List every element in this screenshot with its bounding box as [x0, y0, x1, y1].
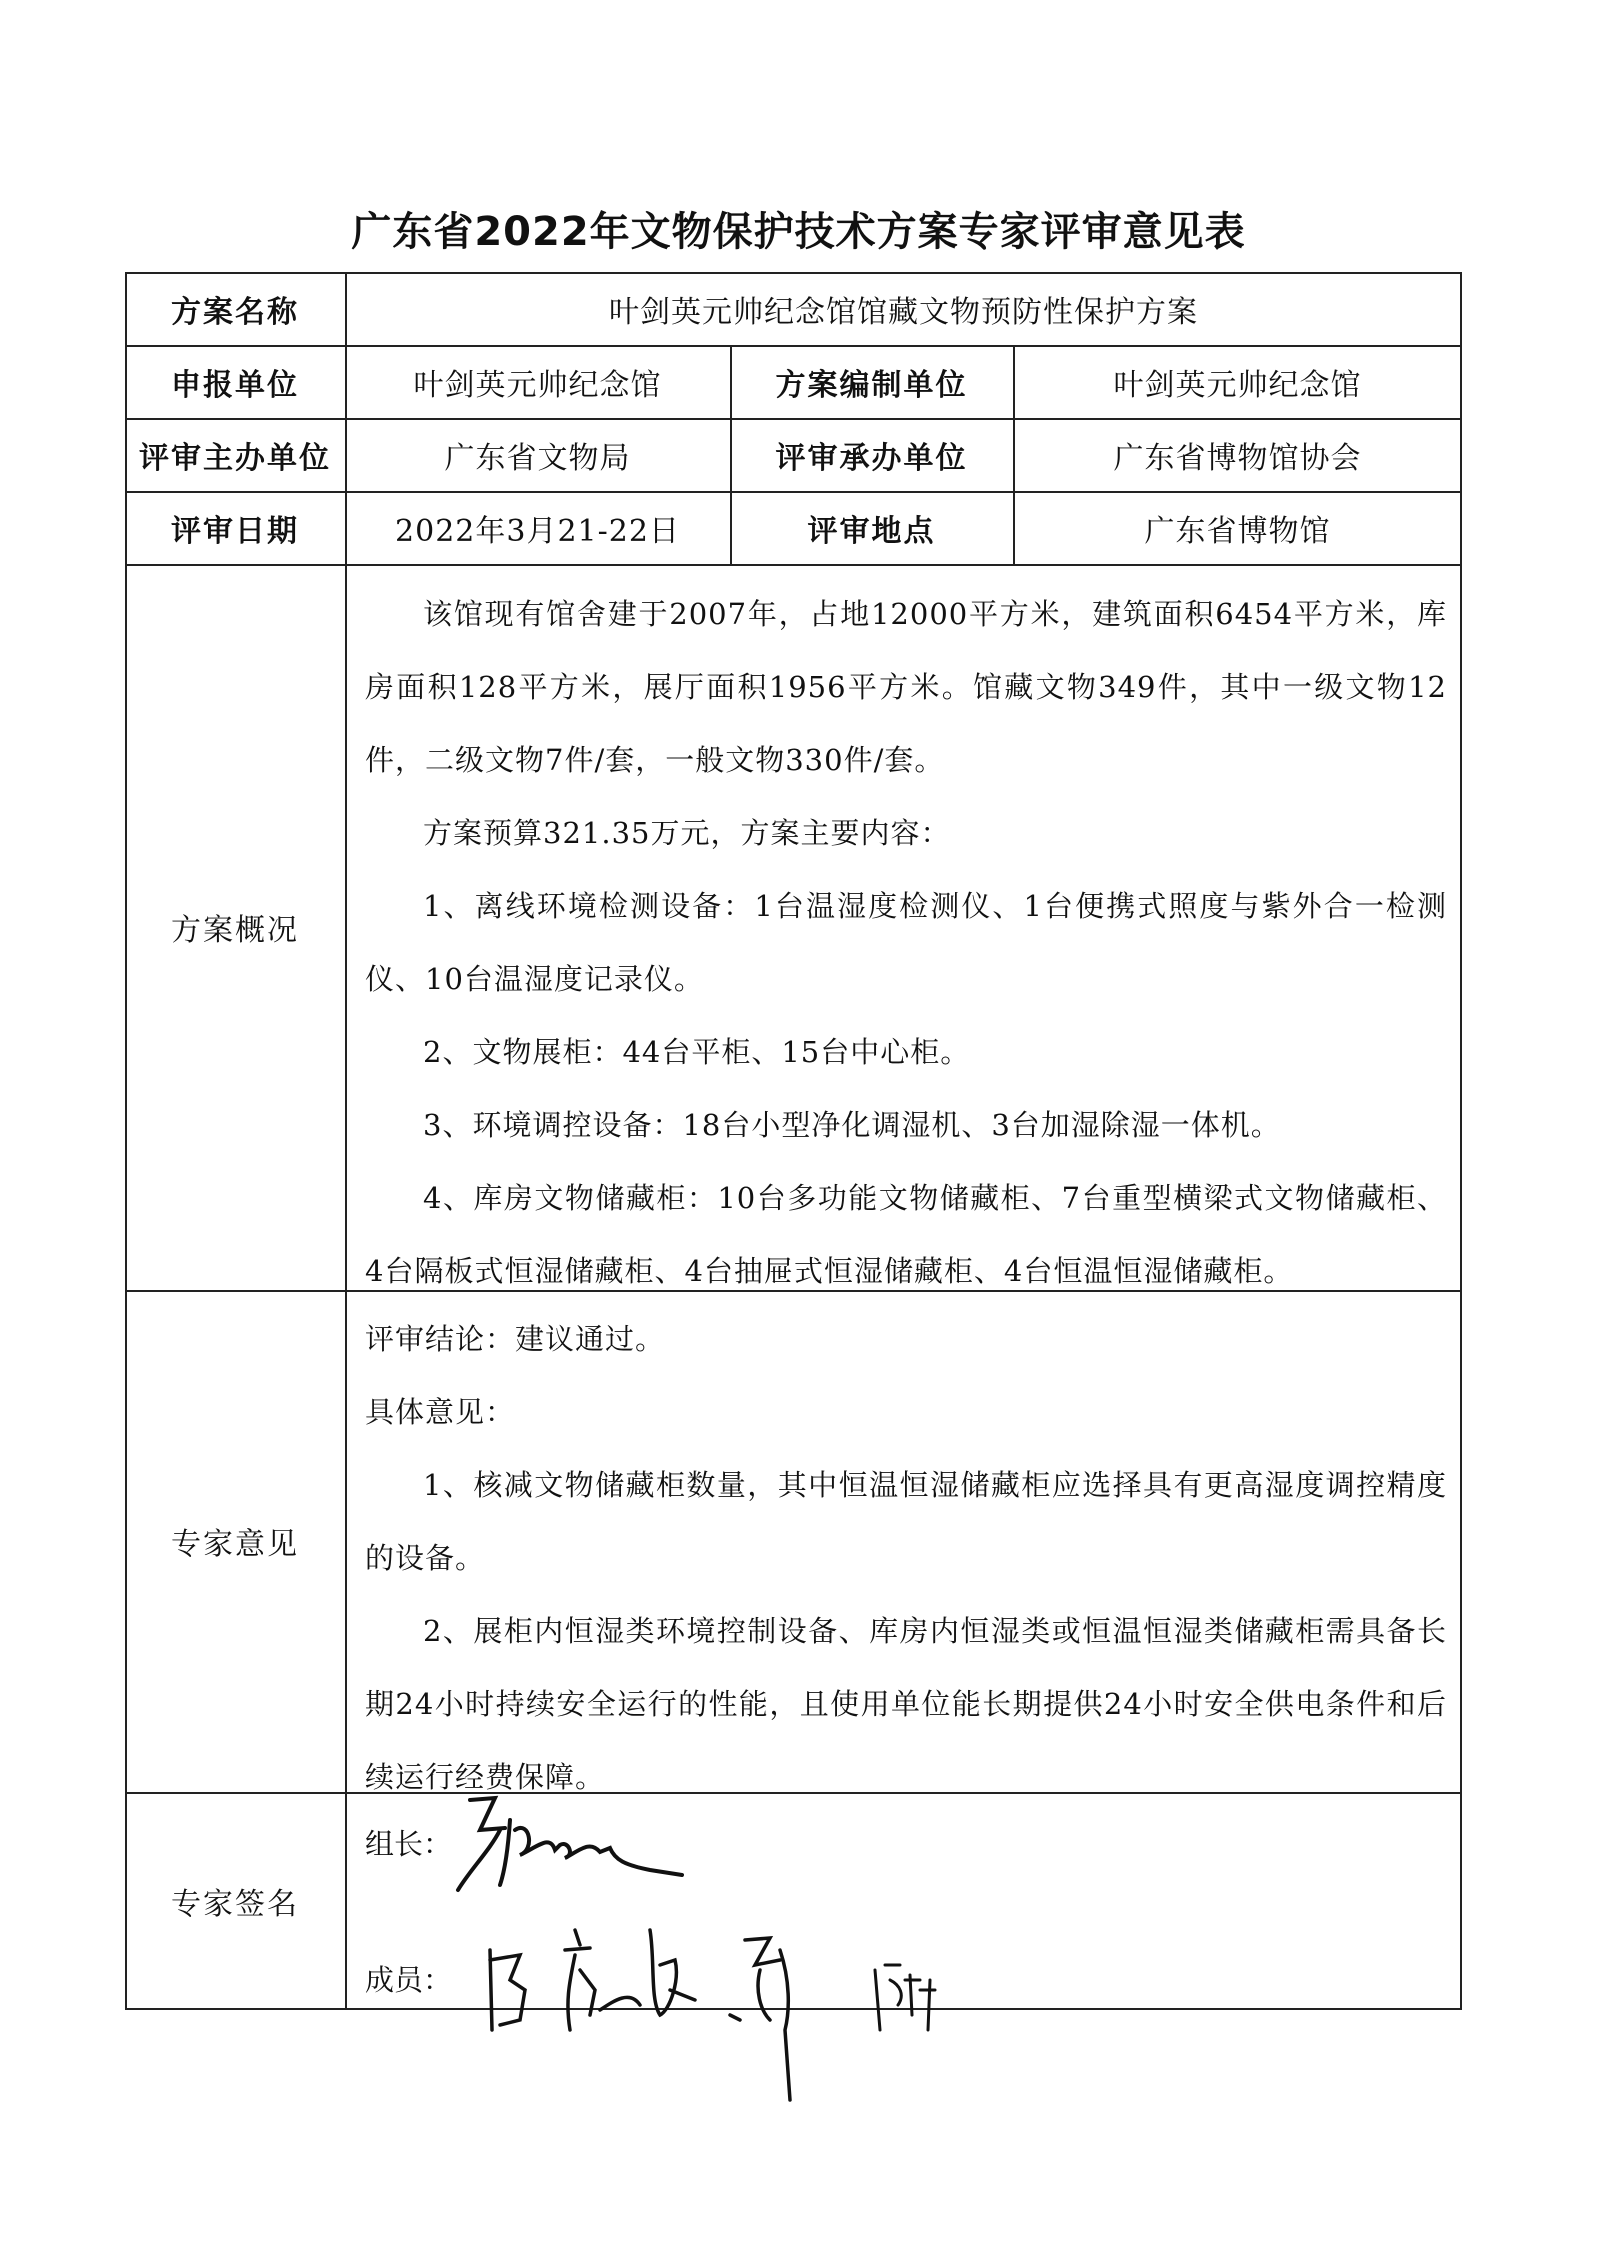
overview-paragraph: 3、环境调控设备：18台小型净化调湿机、3台加湿除湿一体机。 [365, 1089, 1447, 1162]
organizer-label: 评审承办单位 [730, 418, 1013, 491]
opinion-content: 评审结论：建议通过。 具体意见： 1、核减文物储藏柜数量，其中恒温恒湿储藏柜应选… [365, 1303, 1447, 1814]
member-signature [480, 1920, 960, 2100]
details-heading: 具体意见： [365, 1376, 1447, 1449]
opinion-label: 专家意见 [125, 1290, 345, 1792]
overview-label: 方案概况 [125, 564, 345, 1290]
overview-paragraph: 4、库房文物储藏柜：10台多功能文物储藏柜、7台重型横梁式文物储藏柜、4台隔板式… [365, 1162, 1447, 1308]
members-label: 成员： [365, 1958, 452, 1999]
overview-content: 该馆现有馆舍建于2007年，占地12000平方米，建筑面积6454平方米，库房面… [365, 578, 1447, 1308]
host-label: 评审主办单位 [125, 418, 345, 491]
overview-paragraph: 该馆现有馆舍建于2007年，占地12000平方米，建筑面积6454平方米，库房面… [365, 578, 1447, 797]
venue-value: 广东省博物馆 [1013, 491, 1462, 564]
opinion-item: 2、展柜内恒湿类环境控制设备、库房内恒湿类或恒温恒湿类储藏柜需具备长期24小时持… [365, 1595, 1447, 1814]
applicant-label: 申报单位 [125, 345, 345, 418]
venue-label: 评审地点 [730, 491, 1013, 564]
compiler-value: 叶剑英元帅纪念馆 [1013, 345, 1462, 418]
date-value: 2022年3月21-22日 [345, 491, 730, 564]
compiler-label: 方案编制单位 [730, 345, 1013, 418]
overview-paragraph: 方案预算321.35万元，方案主要内容： [365, 797, 1447, 870]
signatures-label: 专家签名 [125, 1792, 345, 2010]
organizer-value: 广东省博物馆协会 [1013, 418, 1462, 491]
document-title: 广东省2022年文物保护技术方案专家评审意见表 [0, 200, 1597, 257]
opinion-item: 1、核减文物储藏柜数量，其中恒温恒湿储藏柜应选择具有更高湿度调控精度的设备。 [365, 1449, 1447, 1595]
overview-paragraph: 2、文物展柜：44台平柜、15台中心柜。 [365, 1016, 1447, 1089]
review-conclusion: 评审结论：建议通过。 [365, 1303, 1447, 1376]
host-value: 广东省文物局 [345, 418, 730, 491]
plan-name-label: 方案名称 [125, 272, 345, 345]
leader-signature [450, 1790, 710, 1900]
date-label: 评审日期 [125, 491, 345, 564]
overview-paragraph: 1、离线环境检测设备：1台温湿度检测仪、1台便携式照度与紫外合一检测仪、10台温… [365, 870, 1447, 1016]
applicant-value: 叶剑英元帅纪念馆 [345, 345, 730, 418]
plan-name-value: 叶剑英元帅纪念馆馆藏文物预防性保护方案 [345, 272, 1462, 345]
leader-label: 组长： [365, 1822, 452, 1863]
